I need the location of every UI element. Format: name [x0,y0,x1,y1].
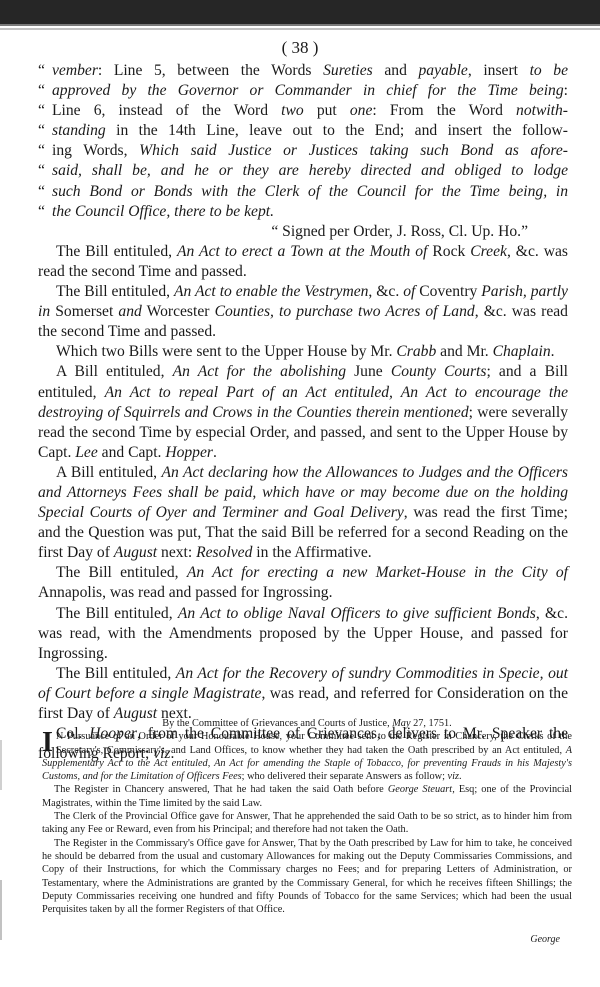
scan-edge-line [0,28,600,30]
paragraph: The Bill entituled, An Act to erect a To… [38,242,568,282]
committee-report: By the Committee of Grievances and Court… [42,717,572,916]
drop-cap: I [42,731,53,755]
paragraph: The Clerk of the Provincial Office gave … [42,810,572,837]
quote-line: “the Council Office, there to be kept. [38,202,568,222]
paragraph: A Bill entituled, An Act declaring how t… [38,463,568,563]
scan-edge-shadow [0,0,600,26]
page-number: ( 38 ) [0,38,600,58]
paragraph: Which two Bills were sent to the Upper H… [38,342,568,362]
paragraph: The Bill entituled, An Act to enable the… [38,282,568,342]
quote-line: “approved by the Governor or Commander i… [38,81,568,101]
margin-mark [0,880,2,940]
quote-line: “such Bond or Bonds with the Clerk of th… [38,182,568,202]
quote-line: “said, shall be, and he or they are here… [38,161,568,181]
paragraph: The Register in the Commissary's Office … [42,837,572,917]
quote-line: “vember: Line 5, between the Words Suret… [38,61,568,81]
quote-line: “standing in the 14th Line, leave out to… [38,121,568,141]
paragraph: The Register in Chancery answered, That … [42,783,572,810]
catchword: George [530,934,560,945]
signature-line: “ Signed per Order, J. Ross, Cl. Up. Ho.… [38,222,568,242]
quote-line: “ing Words, Which said Justice or Justic… [38,141,568,161]
quote-line: “Line 6, instead of the Word two put one… [38,101,568,121]
margin-mark [0,740,2,790]
report-heading: By the Committee of Grievances and Court… [42,717,572,730]
paragraph: The Bill entituled, An Act to oblige Nav… [38,604,568,664]
paragraph: The Bill entituled, An Act for erecting … [38,563,568,603]
main-text: “vember: Line 5, between the Words Suret… [38,61,568,764]
quote-block: “vember: Line 5, between the Words Suret… [38,61,568,242]
paragraph: IN Pursuance of an Order of your Honoura… [42,730,572,783]
paragraph: A Bill entituled, An Act for the abolish… [38,362,568,462]
report-paragraph-list: IN Pursuance of an Order of your Honoura… [42,730,572,916]
paragraph: The Bill entituled, An Act for the Recov… [38,664,568,724]
paragraph-list: The Bill entituled, An Act to erect a To… [38,242,568,764]
